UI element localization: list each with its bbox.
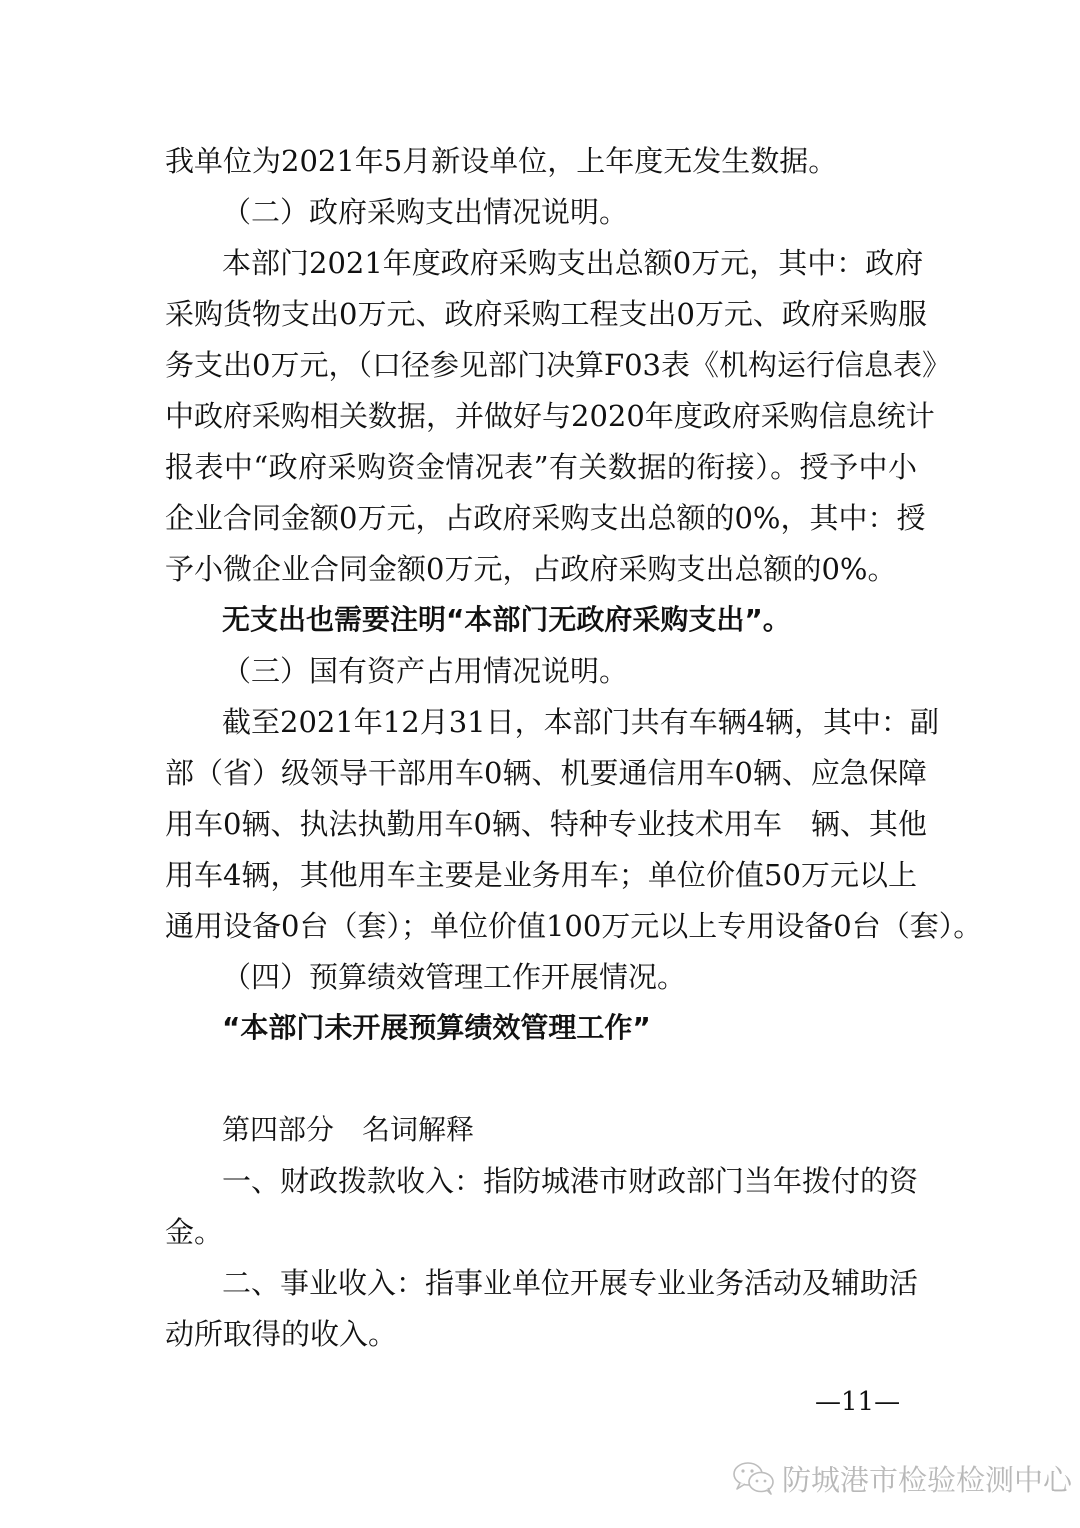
section-heading-procurement: （二）政府采购支出情况说明。 [222,187,917,237]
bold-note-no-performance: “本部门未开展预算绩效管理工作” [222,1003,917,1053]
paragraph-line: 金。 [165,1207,917,1257]
document-page: 我单位为2021年5月新设单位，上年度无发生数据。 （二）政府采购支出情况说明。… [0,0,1080,1528]
paragraph-line: 二、事业收入：指事业单位开展专业业务活动及辅助活 [222,1258,917,1308]
paragraph-line: 务支出0万元，（口径参见部门决算F03表《机构运行信息表》 [165,340,917,390]
paragraph-line: 截至2021年12月31日，本部门共有车辆4辆，其中：副 [222,697,917,747]
paragraph-line: 一、财政拨款收入：指防城港市财政部门当年拨付的资 [222,1156,917,1206]
paragraph-line: 用车4辆，其他用车主要是业务用车；单位价值50万元以上 [165,850,917,900]
paragraph-line: 我单位为2021年5月新设单位，上年度无发生数据。 [165,136,917,186]
page-number: —11— [815,1384,900,1420]
wechat-icon [732,1460,776,1496]
paragraph-line: 通用设备0台（套）；单位价值100万元以上专用设备0台（套）。 [165,901,917,951]
paragraph-line: 予小微企业合同金额0万元，占政府采购支出总额的0%。 [165,544,917,594]
paragraph-line: 动所取得的收入。 [165,1309,917,1359]
source-watermark: 防城港市检验检测中心 [732,1458,1072,1498]
paragraph-line: 用车0辆、执法执勤用车0辆、特种专业技术用车 辆、其他 [165,799,917,849]
paragraph-line: 采购货物支出0万元、政府采购工程支出0万元、政府采购服 [165,289,917,339]
section-heading-assets: （三）国有资产占用情况说明。 [222,646,917,696]
part-heading-glossary: 第四部分 名词解释 [222,1105,917,1155]
paragraph-line: 企业合同金额0万元，占政府采购支出总额的0%，其中：授 [165,493,917,543]
paragraph-line: 部（省）级领导干部用车0辆、机要通信用车0辆、应急保障 [165,748,917,798]
paragraph-line: 本部门2021年度政府采购支出总额0万元，其中：政府 [222,238,917,288]
watermark-text: 防城港市检验检测中心 [782,1458,1072,1499]
paragraph-line: 报表中“政府采购资金情况表”有关数据的衔接）。授予中小 [165,442,917,492]
paragraph-line: 中政府采购相关数据，并做好与2020年度政府采购信息统计 [165,391,917,441]
bold-note-no-procurement: 无支出也需要注明“本部门无政府采购支出”。 [222,595,917,645]
section-heading-performance: （四）预算绩效管理工作开展情况。 [222,952,917,1002]
